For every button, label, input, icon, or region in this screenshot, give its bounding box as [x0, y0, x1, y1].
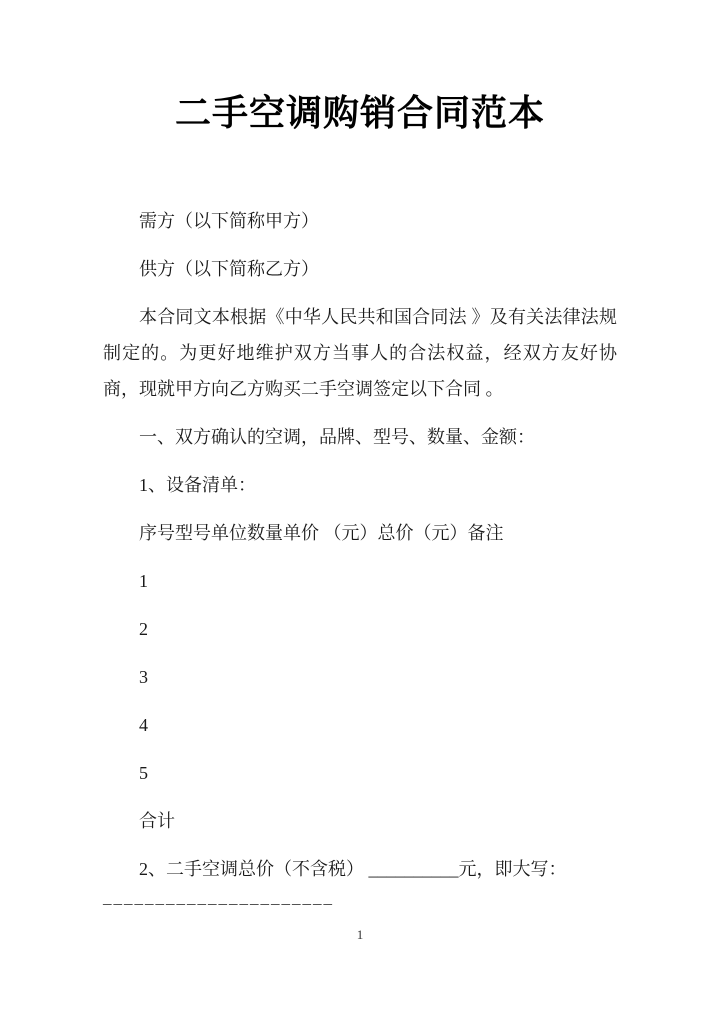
paragraph: 一、双方确认的空调，品牌、型号、数量、金额： — [103, 419, 617, 455]
document-page: 二手空调购销合同范本 需方（以下简称甲方）供方（以下简称乙方）本合同文本根据《中… — [0, 0, 720, 1017]
paragraph: 序号型号单位数量单价 （元）总价（元）备注 — [103, 515, 617, 551]
paragraph: 需方（以下简称甲方） — [103, 203, 617, 239]
document-title: 二手空调购销合同范本 — [103, 92, 617, 134]
page-content: 二手空调购销合同范本 需方（以下简称甲方）供方（以下简称乙方）本合同文本根据《中… — [0, 0, 720, 942]
page-number: 1 — [103, 927, 617, 942]
paragraph: 本合同文本根据《中华人民共和国合同法 》及有关法律法规制定的。为更好地维护双方当… — [103, 299, 617, 407]
paragraph: 合计 — [103, 803, 617, 839]
paragraph: 供方（以下简称乙方） — [103, 251, 617, 287]
paragraph: 1 — [103, 563, 617, 599]
paragraph: 1、设备清单： — [103, 467, 617, 503]
paragraph: 2 — [103, 611, 617, 647]
footnote-separator: ______________________ — [103, 893, 617, 905]
paragraph: 2、二手空调总价（不含税） __________元，即大写： — [103, 851, 617, 887]
paragraph: 3 — [103, 659, 617, 695]
paragraph: 4 — [103, 707, 617, 743]
document-body: 需方（以下简称甲方）供方（以下简称乙方）本合同文本根据《中华人民共和国合同法 》… — [103, 203, 617, 887]
paragraph: 5 — [103, 755, 617, 791]
